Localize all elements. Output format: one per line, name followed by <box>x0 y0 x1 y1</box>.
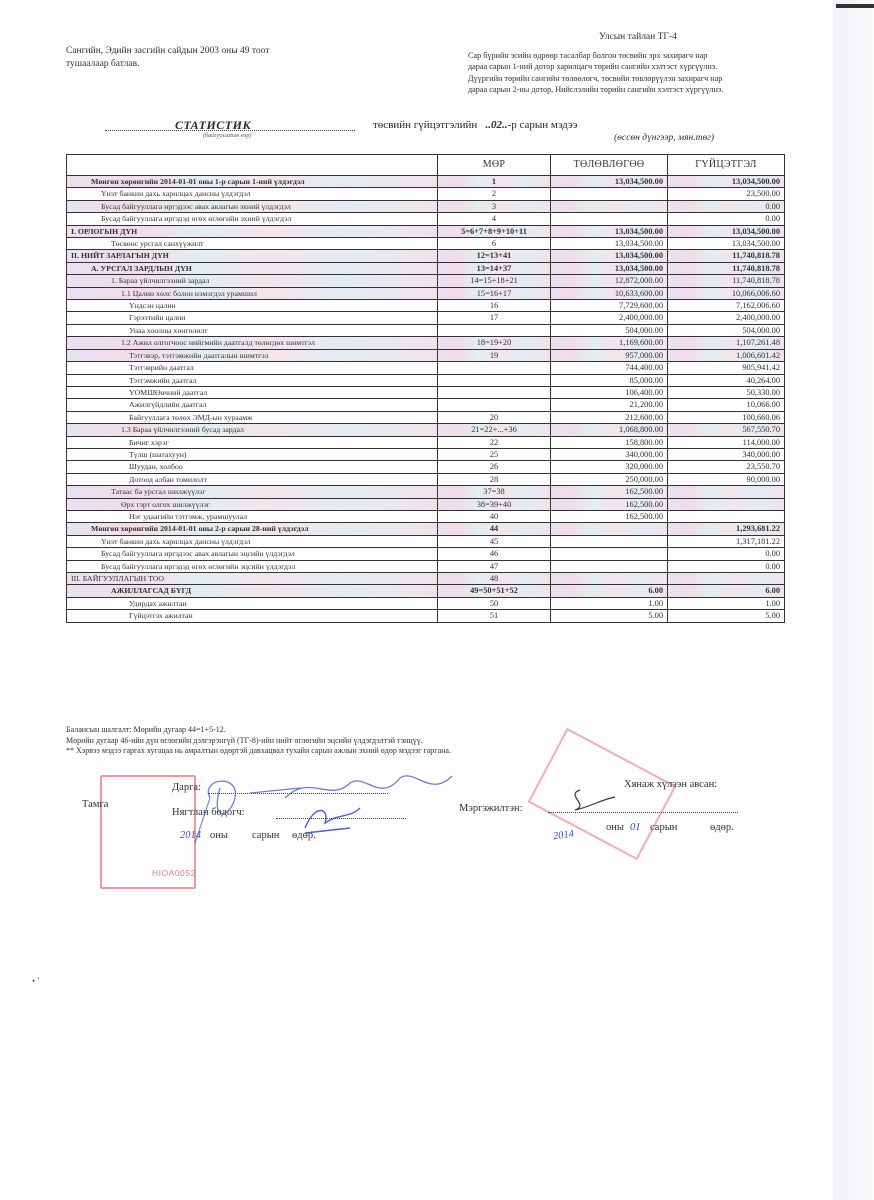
table-row: Унаа хоолны хөнгөлөлт504,000.00504,000.0… <box>67 324 785 336</box>
instruction-line: дараа сарын 1-ний дотор харилцагч төрийн… <box>468 61 768 73</box>
plan-value: 5.00 <box>551 610 668 622</box>
row-number <box>438 399 551 411</box>
table-row: 1.1 Цалин хөлс болон нэмэгдэл урамшил15=… <box>67 287 785 299</box>
table-row: АЖИЛЛАГСАД БҮГД49=50+51+526.006.00 <box>67 585 785 597</box>
table-row: Тэтгэврийн даатгал744,400.00905,941.42 <box>67 362 785 374</box>
row-label: 1.1 Цалин хөлс болон нэмэгдэл урамшил <box>67 287 438 299</box>
table-row: Бичиг хэрэг22158,800.00114,000.00 <box>67 436 785 448</box>
actual-value: 1,317,181.22 <box>668 535 785 547</box>
actual-value: 1,006,601.42 <box>668 349 785 361</box>
row-number: 22 <box>438 436 551 448</box>
plan-value <box>551 548 668 560</box>
table-row: Гэрээтийн цалин172,400,000.002,400,000.0… <box>67 312 785 324</box>
stamp-label: Тамга <box>82 799 108 810</box>
plan-value: 13,034,500.00 <box>551 238 668 250</box>
table-row: Бусад байгууллага иргэдээс авах авлагын … <box>67 548 785 560</box>
row-label: Түлш (шатахуун) <box>67 448 438 460</box>
report-month: ..02.. <box>486 119 508 131</box>
actual-value: 13,034,500.00 <box>668 176 785 188</box>
row-label: Бусад байгууллага иргэдээс авах авлагын … <box>67 548 438 560</box>
actual-value: 10,066.00 <box>668 399 785 411</box>
row-label: Шуудан, холбоо <box>67 461 438 473</box>
reviewed-label: Хянаж хүлээн авсан: <box>624 779 717 790</box>
plan-value <box>551 573 668 585</box>
actual-value: 567,550.70 <box>668 424 785 436</box>
row-label: АЖИЛЛАГСАД БҮГД <box>67 585 438 597</box>
title-text: төсвийн гүйцэтгэлийн ..02..-р сарын мэдэ… <box>373 119 577 131</box>
actual-value: 7,162,006.60 <box>668 300 785 312</box>
row-label: II. НИЙТ ЗАРЛАГЫН ДҮН <box>67 250 438 262</box>
actual-value: 504,000.00 <box>668 324 785 336</box>
table-row: Бусад байгууллага иргэдэд өгөх өглөгийн … <box>67 213 785 225</box>
actual-value: 0.00 <box>668 548 785 560</box>
row-number: 26 <box>438 461 551 473</box>
actual-value: 13,034,500.00 <box>668 225 785 237</box>
scan-edge <box>833 0 874 1200</box>
actual-value: 11,740,818.78 <box>668 250 785 262</box>
table-row: Удирдах ажилтан501.001.00 <box>67 597 785 609</box>
plan-value: 7,729,600.00 <box>551 300 668 312</box>
row-label: Тэтгэвэр, тэтгэмжийн даатгалын шимтгэл <box>67 349 438 361</box>
table-row: Тэтгэмжийн даатгал85,000.0040,264.00 <box>67 374 785 386</box>
row-label: Төсвөөс урсгал санхүүжилт <box>67 238 438 250</box>
row-label: Татаас ба урсгал шилжүүлэг <box>67 486 438 498</box>
actual-value <box>668 498 785 510</box>
row-number <box>438 324 551 336</box>
table-row: Дотоод албан томилолт28250,000.0090,000.… <box>67 473 785 485</box>
footnotes: Балансын шалгалт: Мөрийн дугаар 44=1+5-1… <box>66 725 451 757</box>
plan-value <box>551 188 668 200</box>
table-row: Үнэт банкин дахь харилцах дансны үлдэгдэ… <box>67 535 785 547</box>
table-row: Төсвөөс урсгал санхүүжилт613,034,500.001… <box>67 238 785 250</box>
actual-value: 0.00 <box>668 560 785 572</box>
table-row: Бусад байгууллага иргэдээс авах авлагын … <box>67 200 785 212</box>
row-number: 12=13+41 <box>438 250 551 262</box>
table-row: Өрх гэрт олгох шилжүүлэг38=39+40162,500.… <box>67 498 785 510</box>
actual-value: 10,066,006.60 <box>668 287 785 299</box>
plan-value: 10,633,600.00 <box>551 287 668 299</box>
table-row: Гүйцэтгэх ажилтан515.005.00 <box>67 610 785 622</box>
table-row: Нэг удаагийн тэтгэмж, урамшуулал40162,50… <box>67 510 785 522</box>
plan-value <box>551 535 668 547</box>
row-number: 14=15+18+21 <box>438 275 551 287</box>
row-label: 1.2 Ажил олгогчоос нийгмийн даатгалд төл… <box>67 337 438 349</box>
row-label: 1. Бараа үйлчилгээний зардал <box>67 275 438 287</box>
plan-value: 1,068,800.00 <box>551 424 668 436</box>
row-number: 40 <box>438 510 551 522</box>
row-number: 1 <box>438 176 551 188</box>
plan-value: 13,034,500.00 <box>551 262 668 274</box>
instruction-line: дараа сарын 2-ны дотор, Нийслэлийн төрий… <box>468 84 768 96</box>
table-row: Үнэт банкин дахь харилцах дансны үлдэгдэ… <box>67 188 785 200</box>
actual-value <box>668 486 785 498</box>
row-label: Үнэт банкин дахь харилцах дансны үлдэгдэ… <box>67 188 438 200</box>
plan-value: 13,034,500.00 <box>551 250 668 262</box>
row-label: Мөнгөн хөрөнгийн 2014-01-01 оны 1-р сары… <box>67 176 438 188</box>
header-plan: ТӨЛӨВЛӨГӨӨ <box>551 155 668 176</box>
table-row: Үндсэн цалин167,729,600.007,162,006.60 <box>67 300 785 312</box>
table-row: ҮОМШӨвчний даатгал106,400.0050,330.00 <box>67 386 785 398</box>
row-number: 45 <box>438 535 551 547</box>
date-right-year: 2014 <box>552 829 574 843</box>
row-label: Гэрээтийн цалин <box>67 312 438 324</box>
actual-value: 23,550.70 <box>668 461 785 473</box>
row-label: ҮОМШӨвчний даатгал <box>67 386 438 398</box>
plan-value: 21,200.00 <box>551 399 668 411</box>
row-label: Үндсэн цалин <box>67 300 438 312</box>
table-row: Мөнгөн хөрөнгийн 2014-01-01 оны 1-р сары… <box>67 176 785 188</box>
table-row: 1.3 Бараа үйлчилгээний бусад зардал21=22… <box>67 424 785 436</box>
row-label: Гүйцэтгэх ажилтан <box>67 610 438 622</box>
row-number: 3 <box>438 200 551 212</box>
actual-value: 0.00 <box>668 200 785 212</box>
actual-value: 1.00 <box>668 597 785 609</box>
row-number: 38=39+40 <box>438 498 551 510</box>
row-label: Удирдах ажилтан <box>67 597 438 609</box>
row-number: 17 <box>438 312 551 324</box>
actual-value: 2,400,000.00 <box>668 312 785 324</box>
specialist-signature <box>560 785 620 825</box>
row-number: 49=50+51+52 <box>438 585 551 597</box>
actual-value: 13,034,500.00 <box>668 238 785 250</box>
plan-value: 250,000.00 <box>551 473 668 485</box>
plan-value: 162,500.00 <box>551 486 668 498</box>
approval-note: Сангийн, Эдийн засгийн сайдын 2003 оны 4… <box>66 45 269 71</box>
row-label: Тэтгэврийн даатгал <box>67 362 438 374</box>
plan-value: 744,400.00 <box>551 362 668 374</box>
note-line: Балансын шалгалт: Мөрийн дугаар 44=1+5-1… <box>66 725 451 736</box>
director-signature <box>190 768 470 848</box>
row-number: 4 <box>438 213 551 225</box>
note-line: Мөрийн дугаар 46-ийн дүн өглөгийн дэлгэр… <box>66 736 451 747</box>
plan-value: 320,000.00 <box>551 461 668 473</box>
actual-value: 905,941.42 <box>668 362 785 374</box>
actual-value: 1,293,681.22 <box>668 523 785 535</box>
row-number: 47 <box>438 560 551 572</box>
row-number <box>438 386 551 398</box>
plan-value <box>551 560 668 572</box>
row-number: 15=16+17 <box>438 287 551 299</box>
table-header-row: МӨР ТӨЛӨВЛӨГӨӨ ГҮЙЦЭТГЭЛ <box>67 155 785 176</box>
scan-artifact-dot: • ' <box>32 976 39 986</box>
header-row-number: МӨР <box>438 155 551 176</box>
actual-value: 90,000.00 <box>668 473 785 485</box>
plan-value <box>551 200 668 212</box>
plan-value: 162,500.00 <box>551 498 668 510</box>
approval-line: Сангийн, Эдийн засгийн сайдын 2003 оны 4… <box>66 45 269 58</box>
row-number: 2 <box>438 188 551 200</box>
plan-value: 85,000.00 <box>551 374 668 386</box>
plan-value: 1,169,600.00 <box>551 337 668 349</box>
row-label: А. УРСГАЛ ЗАРДЛЫН ДҮН <box>67 262 438 274</box>
title-suffix: -р сарын мэдээ <box>508 119 578 131</box>
plan-value: 2,400,000.00 <box>551 312 668 324</box>
actual-value: 40,264.00 <box>668 374 785 386</box>
header-actual: ГҮЙЦЭТГЭЛ <box>668 155 785 176</box>
approval-line: тушаалаар батлав. <box>66 58 269 71</box>
row-label: Нэг удаагийн тэтгэмж, урамшуулал <box>67 510 438 522</box>
actual-value: 0.00 <box>668 213 785 225</box>
row-label: Бусад байгууллага иргэдэд өгөх өглөгийн … <box>67 560 438 572</box>
org-name: СТАТИСТИК <box>175 118 251 133</box>
table-row: I. ОРЛОГЫН ДҮН5=6+7+8+9+10+1113,034,500.… <box>67 225 785 237</box>
row-label: Өрх гэрт олгох шилжүүлэг <box>67 498 438 510</box>
row-label: Бичиг хэрэг <box>67 436 438 448</box>
table-row: А. УРСГАЛ ЗАРДЛЫН ДҮН13=14+3713,034,500.… <box>67 262 785 274</box>
actual-value: 50,330.00 <box>668 386 785 398</box>
row-label: Дотоод албан томилолт <box>67 473 438 485</box>
instruction-line: Сар бүрийн эсийн өдрөөр тасалбар болгон … <box>468 50 768 62</box>
table-row: Ажилгүйдлийн даатгал21,200.0010,066.00 <box>67 399 785 411</box>
date-right-month-suffix: сарын <box>650 822 677 833</box>
actual-value: 23,500.00 <box>668 188 785 200</box>
row-number: 37=38 <box>438 486 551 498</box>
plan-value: 13,034,500.00 <box>551 225 668 237</box>
actual-value: 11,740,818.78 <box>668 262 785 274</box>
instruction-line: Дүүргийн төрийн сангийн төлөөлөгч, төсви… <box>468 73 768 85</box>
stamp-code: HIOA0052 <box>152 868 196 878</box>
row-number <box>438 374 551 386</box>
title-prefix: төсвийн гүйцэтгэлийн <box>373 119 477 131</box>
date-right-month: 01 <box>630 822 641 833</box>
row-label: Бусад байгууллага иргэдэд өгөх өглөгийн … <box>67 213 438 225</box>
plan-value: 340,000.00 <box>551 448 668 460</box>
row-number: 51 <box>438 610 551 622</box>
row-number: 19 <box>438 349 551 361</box>
plan-value: 158,800.00 <box>551 436 668 448</box>
table-row: III. БАЙГУУЛЛАГЫН ТОО48 <box>67 573 785 585</box>
row-number: 50 <box>438 597 551 609</box>
row-label: 1.3 Бараа үйлчилгээний бусад зардал <box>67 424 438 436</box>
table-row: Татаас ба урсгал шилжүүлэг37=38162,500.0… <box>67 486 785 498</box>
actual-value <box>668 573 785 585</box>
table-row: II. НИЙТ ЗАРЛАГЫН ДҮН12=13+4113,034,500.… <box>67 250 785 262</box>
row-label: I. ОРЛОГЫН ДҮН <box>67 225 438 237</box>
table-row: 1.2 Ажил олгогчоос нийгмийн даатгалд төл… <box>67 337 785 349</box>
row-number: 28 <box>438 473 551 485</box>
unit-note: (өссөн дүнгээр, мян.төг) <box>614 133 714 143</box>
row-label: Унаа хоолны хөнгөлөлт <box>67 324 438 336</box>
plan-value <box>551 523 668 535</box>
table-row: 1. Бараа үйлчилгээний зардал14=15+18+211… <box>67 275 785 287</box>
row-number: 25 <box>438 448 551 460</box>
scan-artifact <box>836 4 874 8</box>
actual-value: 340,000.00 <box>668 448 785 460</box>
org-caption: (байгууллагын нэр) <box>203 133 251 139</box>
plan-value <box>551 213 668 225</box>
plan-value: 6.00 <box>551 585 668 597</box>
row-number <box>438 362 551 374</box>
table-row: Түлш (шатахуун)25340,000.00340,000.00 <box>67 448 785 460</box>
plan-value: 12,872,000.00 <box>551 275 668 287</box>
row-number: 20 <box>438 411 551 423</box>
table-row: Байгууллага төлөх ЭМД-ын хураамж20212,60… <box>67 411 785 423</box>
row-label: Тэтгэмжийн даатгал <box>67 374 438 386</box>
row-number: 16 <box>438 300 551 312</box>
plan-value: 106,400.00 <box>551 386 668 398</box>
row-number: 48 <box>438 573 551 585</box>
plan-value: 212,600.00 <box>551 411 668 423</box>
table-row: Бусад байгууллага иргэдэд өгөх өглөгийн … <box>67 560 785 572</box>
form-info: Улсын тайлан ТГ-4 Сар бүрийн эсийн өдрөө… <box>468 32 768 96</box>
actual-value: 5.00 <box>668 610 785 622</box>
actual-value <box>668 510 785 522</box>
actual-value: 1,107,261.48 <box>668 337 785 349</box>
plan-value: 504,000.00 <box>551 324 668 336</box>
row-number: 44 <box>438 523 551 535</box>
plan-value: 957,000.00 <box>551 349 668 361</box>
date-right-day-suffix: өдөр. <box>710 822 734 833</box>
plan-value: 13,034,500.00 <box>551 176 668 188</box>
row-label: Байгууллага төлөх ЭМД-ын хураамж <box>67 411 438 423</box>
plan-value: 1.00 <box>551 597 668 609</box>
actual-value: 11,740,818.78 <box>668 275 785 287</box>
header-label <box>67 155 438 176</box>
form-code: Улсын тайлан ТГ-4 <box>468 32 768 44</box>
row-label: Ажилгүйдлийн даатгал <box>67 399 438 411</box>
row-label: Мөнгөн хөрөнгийн 2014-01-01 оны 2-р сары… <box>67 523 438 535</box>
actual-value: 114,000.00 <box>668 436 785 448</box>
table-row: Мөнгөн хөрөнгийн 2014-01-01 оны 2-р сары… <box>67 523 785 535</box>
report-table: МӨР ТӨЛӨВЛӨГӨӨ ГҮЙЦЭТГЭЛ Мөнгөн хөрөнгий… <box>66 154 785 623</box>
row-number: 46 <box>438 548 551 560</box>
row-number: 6 <box>438 238 551 250</box>
row-label: Бусад байгууллага иргэдээс авах авлагын … <box>67 200 438 212</box>
row-label: Үнэт банкин дахь харилцах дансны үлдэгдэ… <box>67 535 438 547</box>
row-number: 5=6+7+8+9+10+11 <box>438 225 551 237</box>
row-number: 18=19+20 <box>438 337 551 349</box>
actual-value: 100,660.06 <box>668 411 785 423</box>
table-row: Тэтгэвэр, тэтгэмжийн даатгалын шимтгэл19… <box>67 349 785 361</box>
row-label: III. БАЙГУУЛЛАГЫН ТОО <box>67 573 438 585</box>
plan-value: 162,500.00 <box>551 510 668 522</box>
actual-value: 6.00 <box>668 585 785 597</box>
row-number: 21=22+...+36 <box>438 424 551 436</box>
row-number: 13=14+37 <box>438 262 551 274</box>
table-row: Шуудан, холбоо26320,000.0023,550.70 <box>67 461 785 473</box>
note-line: ** Хэрвээ мэдээ гаргах хугацаа нь амралт… <box>66 746 451 757</box>
